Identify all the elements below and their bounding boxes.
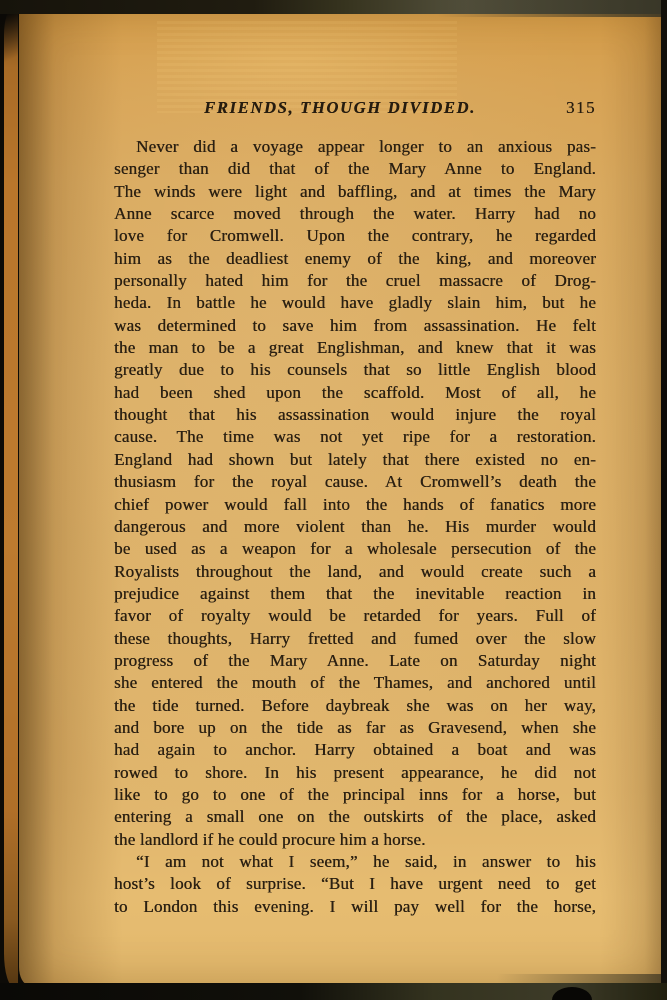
- spine-page-edge: [4, 9, 18, 987]
- text-line: entering a small one on the outskirts of…: [114, 806, 596, 828]
- book-scan: FRIENDS, THOUGH DIVIDED. 315 Never did a…: [0, 0, 667, 1000]
- text-line: prejudice against them that the inevitab…: [114, 583, 596, 605]
- text-line: progress of the Mary Anne. Late on Satur…: [114, 650, 596, 672]
- text-line: “I am not what I seem,” he said, in answ…: [114, 851, 596, 873]
- top-right-shadow: [437, 0, 667, 17]
- book-edge-right: [661, 0, 667, 1000]
- text-line: thusiasm for the royal cause. At Cromwel…: [114, 471, 596, 493]
- running-title: FRIENDS, THOUGH DIVIDED.: [114, 98, 566, 118]
- text-line: like to go to one of the principal inns …: [114, 784, 596, 806]
- text-line: cause. The time was not yet ripe for a r…: [114, 426, 596, 448]
- text-line: favor of royalty would be retarded for y…: [114, 605, 596, 627]
- text-line: rowed to shore. In his present appearanc…: [114, 762, 596, 784]
- page-number: 315: [566, 98, 596, 118]
- text-line: had been shed upon the scaffold. Most of…: [114, 382, 596, 404]
- text-line: be used as a weapon for a wholesale pers…: [114, 538, 596, 560]
- text-line: she entered the mouth of the Thames, and…: [114, 672, 596, 694]
- text-line: England had shown but lately that there …: [114, 449, 596, 471]
- text-line: the landlord if he could procure him a h…: [114, 829, 596, 851]
- text-line: and bore up on the tide as far as Graves…: [114, 717, 596, 739]
- text-line: had again to anchor. Harry obtained a bo…: [114, 739, 596, 761]
- text-line: The winds were light and baffling, and a…: [114, 181, 596, 203]
- text-line: Never did a voyage appear longer to an a…: [114, 136, 596, 158]
- scan-light-streak-bottom: [97, 924, 395, 964]
- text-line: greatly due to his counsels that so litt…: [114, 359, 596, 381]
- text-line: to London this evening. I will pay well …: [114, 896, 596, 918]
- text-line: love for Cromwell. Upon the contrary, he…: [114, 225, 596, 247]
- text-line: personally hated him for the cruel massa…: [114, 270, 596, 292]
- text-line: dangerous and more violent than he. His …: [114, 516, 596, 538]
- text-line: senger than did that of the Mary Anne to…: [114, 158, 596, 180]
- text-line: host’s look of surprise. “But I have urg…: [114, 873, 596, 895]
- text-line: thought that his assassination would inj…: [114, 404, 596, 426]
- page-body: Never did a voyage appear longer to an a…: [114, 136, 596, 918]
- text-line: Royalists throughout the land, and would…: [114, 561, 596, 583]
- text-line: heda. In battle he would have gladly sla…: [114, 292, 596, 314]
- text-line: was determined to save him from assassin…: [114, 315, 596, 337]
- page-surface: FRIENDS, THOUGH DIVIDED. 315 Never did a…: [19, 7, 664, 985]
- text-line: these thoughts, Harry fretted and fumed …: [114, 628, 596, 650]
- running-head: FRIENDS, THOUGH DIVIDED. 315: [114, 98, 596, 120]
- text-line: the man to be a great Englishman, and kn…: [114, 337, 596, 359]
- text-line: the tide turned. Before daybreak she was…: [114, 695, 596, 717]
- text-line: Anne scarce moved through the water. Har…: [114, 203, 596, 225]
- text-line: him as the deadliest enemy of the king, …: [114, 248, 596, 270]
- text-line: chief power would fall into the hands of…: [114, 494, 596, 516]
